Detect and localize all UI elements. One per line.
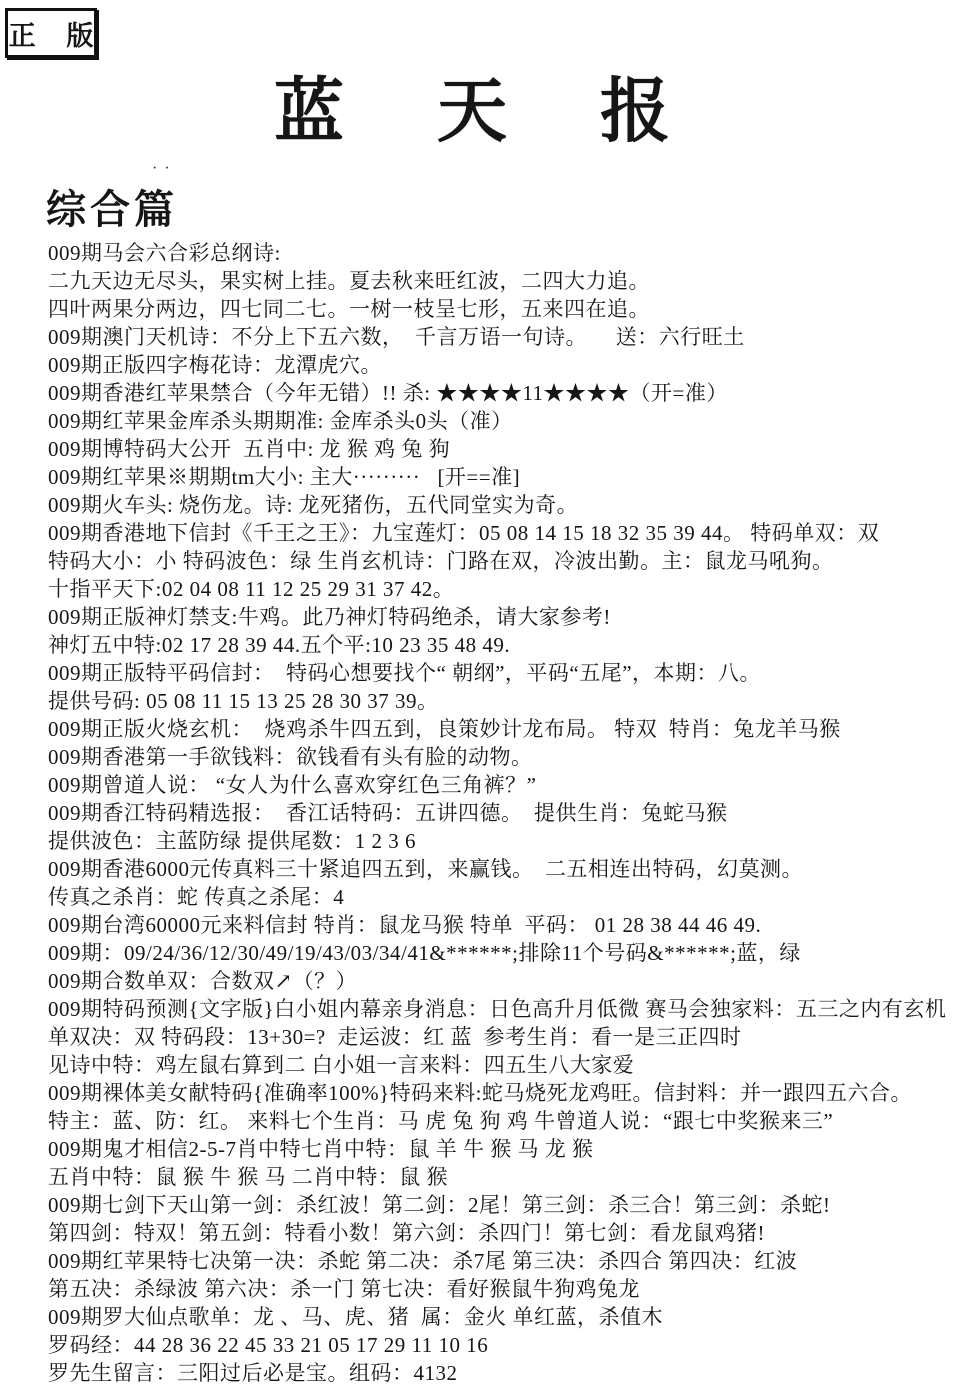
body-text: 009期马会六合彩总纲诗: 二九天边无尽头，果实树上挂。夏去秋来旺红波，二四大力… xyxy=(48,239,960,1387)
body-line: 009期正版火烧玄机： 烧鸡杀牛四五到，良策妙计龙布局。 特双 特肖：兔龙羊马猴 xyxy=(48,715,960,743)
body-line: 009期七剑下天山第一剑：杀红波！第二剑：2尾！第三剑：杀三合！第三剑：杀蛇! xyxy=(48,1191,960,1219)
body-line: 009期特码预测{文字版}白小姐内幕亲身消息：日色高升月低微 赛马会独家料：五三… xyxy=(48,995,960,1023)
body-line: 009期正版神灯禁支:牛鸡。此乃神灯特码绝杀，请大家参考! xyxy=(48,603,960,631)
body-line: 009期马会六合彩总纲诗: xyxy=(48,239,960,267)
body-line: 009期火车头: 烧伤龙。诗: 龙死猪伤，五代同堂实为奇。 xyxy=(48,491,960,519)
body-line: 009期正版四字梅花诗：龙潭虎穴。 xyxy=(48,351,960,379)
authentic-badge-label: 正 版 xyxy=(0,14,105,53)
body-line: 009期香港6000元传真料三十紧追四五到，来赢钱。 二五相连出特码，幻莫测。 xyxy=(48,855,960,883)
body-line: 见诗中特：鸡左鼠右算到二 白小姐一言来料：四五生八大家爱 xyxy=(48,1051,960,1079)
body-line: 提供波色：主蓝防绿 提供尾数：1 2 3 6 xyxy=(48,827,960,855)
body-line: 五肖中特：鼠 猴 牛 猴 马 二肖中特：鼠 猴 xyxy=(48,1163,960,1191)
body-line: 罗先生留言：三阳过后必是宝。组码：4132 xyxy=(48,1359,960,1387)
body-line: 009期红苹果金库杀头期期准: 金库杀头0头（准） xyxy=(48,407,960,435)
body-line: 009期香港第一手欲钱料：欲钱看有头有脸的动物。 xyxy=(48,743,960,771)
body-line: 第五决：杀绿波 第六决：杀一门 第七决：看好猴鼠牛狗鸡兔龙 xyxy=(48,1275,960,1303)
section-heading: 综合篇 xyxy=(46,186,178,234)
body-line: 四叶两果分两边，四七同二七。一树一枝呈七形，五来四在追。 xyxy=(48,295,960,323)
body-line: 009期鬼才相信2-5-7肖中特七肖中特：鼠 羊 牛 猴 马 龙 猴 xyxy=(48,1135,960,1163)
body-line: 009期香港地下信封《千王之王》：九宝莲灯：05 08 14 15 18 32 … xyxy=(48,519,960,547)
newspaper-title: 蓝天报 xyxy=(274,78,763,148)
body-line: 009期澳门天机诗：不分上下五六数， 千言万语一句诗。 送：六行旺土 xyxy=(48,323,960,351)
body-line: 009期：09/24/36/12/30/49/19/43/03/34/41&**… xyxy=(48,939,960,967)
decor-dots: ·· xyxy=(152,160,177,178)
body-line: 009期红苹果特七决第一决：杀蛇 第二决：杀7尾 第三决：杀四合 第四决：红波 xyxy=(48,1247,960,1275)
authentic-badge: 正 版 xyxy=(5,8,97,58)
body-line: 009期曾道人说： “女人为什么喜欢穿红色三角裤？” xyxy=(48,771,960,799)
body-line: 009期红苹果※期期tm大小: 主大········· [开==准] xyxy=(48,463,960,491)
body-line: 009期香江特码精选报： 香江话特码：五讲四德。 提供生肖：兔蛇马猴 xyxy=(48,799,960,827)
body-line: 特码大小：小 特码波色：绿 生肖玄机诗：门路在双，冷波出勤。主：鼠龙马吼狗。 xyxy=(48,547,960,575)
body-line: 009期博特码大公开 五肖中: 龙 猴 鸡 兔 狗 xyxy=(48,435,960,463)
body-line: 009期罗大仙点歌单：龙 、马、虎、猪 属：金火 单红蓝，杀值木 xyxy=(48,1303,960,1331)
body-line: 009期台湾60000元来料信封 特肖：鼠龙马猴 特单 平码： 01 28 38… xyxy=(48,911,960,939)
newspaper-page: 正 版 蓝天报 ·· 综合篇 009期马会六合彩总纲诗: 二九天边无尽头，果实树… xyxy=(0,0,964,1388)
body-line: 009期正版特平码信封： 特码心想要找个“ 朝纲”，平码“五尾”，本期：八。 xyxy=(48,659,960,687)
body-line: 传真之杀肖：蛇 传真之杀尾：4 xyxy=(48,883,960,911)
body-line: 单双决：双 特码段：13+30=? 走运波：红 蓝 参考生肖：看一是三正四时 xyxy=(48,1023,960,1051)
body-line: 009期裸体美女献特码{准确率100%}特码来料:蛇马烧死龙鸡旺。信封料：并一跟… xyxy=(48,1079,960,1107)
body-line: 罗码经：44 28 36 22 45 33 21 05 17 29 11 10 … xyxy=(48,1331,960,1359)
body-line: 神灯五中特:02 17 28 39 44.五个平:10 23 35 48 49. xyxy=(48,631,960,659)
body-line: 009期香港红苹果禁合（今年无错）!! 杀: ★★★★11★★★★（开=准） xyxy=(48,379,960,407)
body-line: 十指平天下:02 04 08 11 12 25 29 31 37 42。 xyxy=(48,575,960,603)
body-line: 二九天边无尽头，果实树上挂。夏去秋来旺红波，二四大力追。 xyxy=(48,267,960,295)
body-line: 第四剑：特双！第五剑：特看小数！第六剑：杀四门！第七剑：看龙鼠鸡猪! xyxy=(48,1219,960,1247)
body-line: 特主：蓝、防：红。 来料七个生肖：马 虎 兔 狗 鸡 牛曾道人说：“跟七中奖猴来… xyxy=(48,1107,960,1135)
body-line: 009期合数单双：合数双↗（？） xyxy=(48,967,960,995)
body-line: 提供号码: 05 08 11 15 13 25 28 30 37 39。 xyxy=(48,687,960,715)
